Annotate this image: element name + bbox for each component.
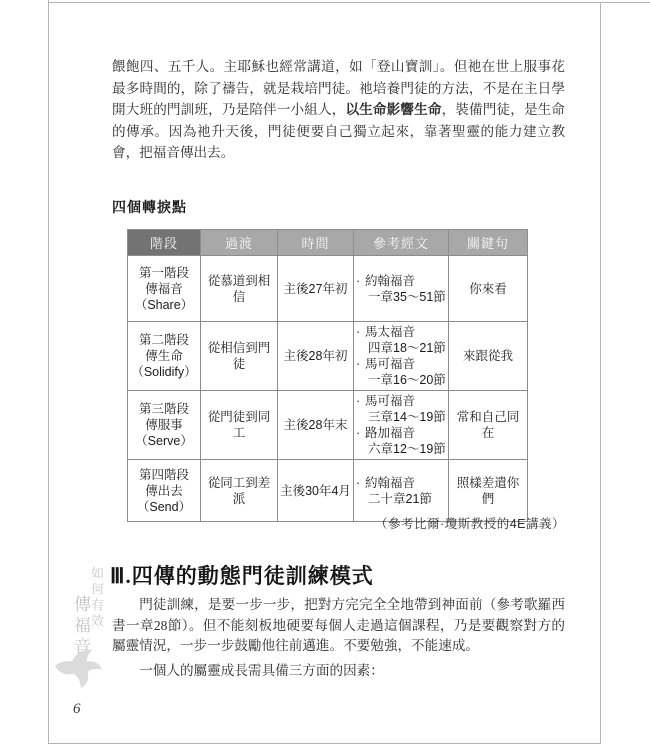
stage-line: （Serve） xyxy=(130,433,198,449)
intro-bold-phrase: 以生命影響生命 xyxy=(345,102,441,117)
references-cell: ·約翰福音二十章21節 xyxy=(354,460,449,522)
table-row: 第三階段傳服事（Serve）從門徒到同工主後28年末·馬可福音三章14～19節·… xyxy=(128,391,528,460)
time-cell: 主後28年末 xyxy=(278,391,354,460)
references-cell: ·約翰福音一章35～51節 xyxy=(354,256,449,322)
stage-line: 第一階段 xyxy=(130,265,198,281)
table-note: （參考比爾·瓊斯教授的4E講義） xyxy=(112,514,565,532)
column-header: 時間 xyxy=(278,230,354,256)
reference-book: ·馬太福音 xyxy=(356,324,446,340)
book-page: { "page": { "number": "6", "margin_title… xyxy=(0,0,650,750)
intro-paragraph: 餵飽四、五千人。主耶穌也經常講道，如「登山寶訓」。但祂在世上服事花最多時間的，除… xyxy=(112,56,565,164)
stage-cell: 第一階段傳福音（Share） xyxy=(128,256,201,322)
references-cell: ·馬可福音三章14～19節·路加福音六章12～19節 xyxy=(354,391,449,460)
stage-line: 第二階段 xyxy=(130,332,198,348)
section-body: 門徒訓練，是要一步一步，把對方完完全全地帶到神面前（參考歌羅西書一章28節）。但… xyxy=(112,595,565,681)
table-row: 第一階段傳福音（Share）從慕道到相信主後27年初·約翰福音一章35～51節你… xyxy=(128,256,528,322)
reference-verses: 一章35～51節 xyxy=(356,289,446,305)
reference-book: ·馬可福音 xyxy=(356,356,446,372)
table-row: 第四階段傳出去（Send）從同工到差派主後30年4月·約翰福音二十章21節照樣差… xyxy=(128,460,528,522)
stage-line: 傳服事 xyxy=(130,417,198,433)
page-edge-right xyxy=(600,2,601,743)
reference-book: ·約翰福音 xyxy=(356,475,446,491)
page-edge-bottom xyxy=(48,743,601,744)
transition-cell: 從慕道到相信 xyxy=(201,256,278,322)
references-cell: ·馬太福音四章18～21節·馬可福音一章16～20節 xyxy=(354,322,449,391)
bullet-icon: · xyxy=(356,324,365,340)
bullet-icon: · xyxy=(356,425,365,441)
bullet-icon: · xyxy=(356,393,365,409)
table-section-title: 四個轉捩點 xyxy=(112,197,187,217)
dove-icon xyxy=(50,646,104,690)
table-header-row: 階段過渡時間參考經文關鍵句 xyxy=(128,230,528,256)
stage-line: （Share） xyxy=(130,297,198,313)
key-phrase-cell: 你來看 xyxy=(449,256,528,322)
transition-cell: 從同工到差派 xyxy=(201,460,278,522)
section-paragraph-1: 門徒訓練，是要一步一步，把對方完完全全地帶到神面前（參考歌羅西書一章28節）。但… xyxy=(112,595,565,657)
stage-line: （Solidify） xyxy=(130,364,198,380)
stage-line: （Send） xyxy=(130,499,198,515)
transition-cell: 從門徒到同工 xyxy=(201,391,278,460)
transition-cell: 從相信到門徒 xyxy=(201,322,278,391)
stage-line: 傳福音 xyxy=(130,281,198,297)
reference-book: ·約翰福音 xyxy=(356,273,446,289)
stage-line: 第四階段 xyxy=(130,467,198,483)
column-header: 關鍵句 xyxy=(449,230,528,256)
stage-cell: 第二階段傳生命（Solidify） xyxy=(128,322,201,391)
key-phrase-cell: 照樣差遣你們 xyxy=(449,460,528,522)
turning-points-table: 階段過渡時間參考經文關鍵句 第一階段傳福音（Share）從慕道到相信主後27年初… xyxy=(127,229,528,522)
key-phrase-cell: 常和自己同在 xyxy=(449,391,528,460)
stage-line: 傳生命 xyxy=(130,348,198,364)
reference-verses: 四章18～21節 xyxy=(356,340,446,356)
reference-verses: 一章16～20節 xyxy=(356,372,446,388)
reference-book: ·路加福音 xyxy=(356,425,446,441)
time-cell: 主後30年4月 xyxy=(278,460,354,522)
reference-verses: 二十章21節 xyxy=(356,491,446,507)
section-paragraph-2: 一個人的屬靈成長需具備三方面的因素： xyxy=(112,661,565,682)
section-heading: Ⅲ.四傳的動態門徒訓練模式 xyxy=(110,560,374,590)
time-cell: 主後27年初 xyxy=(278,256,354,322)
column-header: 過渡 xyxy=(201,230,278,256)
stage-line: 傳出去 xyxy=(130,483,198,499)
page-edge-top xyxy=(48,2,650,3)
table-body: 第一階段傳福音（Share）從慕道到相信主後27年初·約翰福音一章35～51節你… xyxy=(128,256,528,522)
bullet-icon: · xyxy=(356,273,365,289)
bullet-icon: · xyxy=(356,475,365,491)
table-row: 第二階段傳生命（Solidify）從相信到門徒主後28年初·馬太福音四章18～2… xyxy=(128,322,528,391)
reference-book: ·馬可福音 xyxy=(356,393,446,409)
stage-cell: 第四階段傳出去（Send） xyxy=(128,460,201,522)
column-header: 參考經文 xyxy=(354,230,449,256)
reference-verses: 六章12～19節 xyxy=(356,441,446,457)
key-phrase-cell: 來跟從我 xyxy=(449,322,528,391)
stage-line: 第三階段 xyxy=(130,401,198,417)
stage-cell: 第三階段傳服事（Serve） xyxy=(128,391,201,460)
page-number: 6 xyxy=(73,701,81,718)
reference-verses: 三章14～19節 xyxy=(356,409,446,425)
time-cell: 主後28年初 xyxy=(278,322,354,391)
page-edge-left xyxy=(48,0,49,743)
column-header: 階段 xyxy=(128,230,201,256)
bullet-icon: · xyxy=(356,356,365,372)
